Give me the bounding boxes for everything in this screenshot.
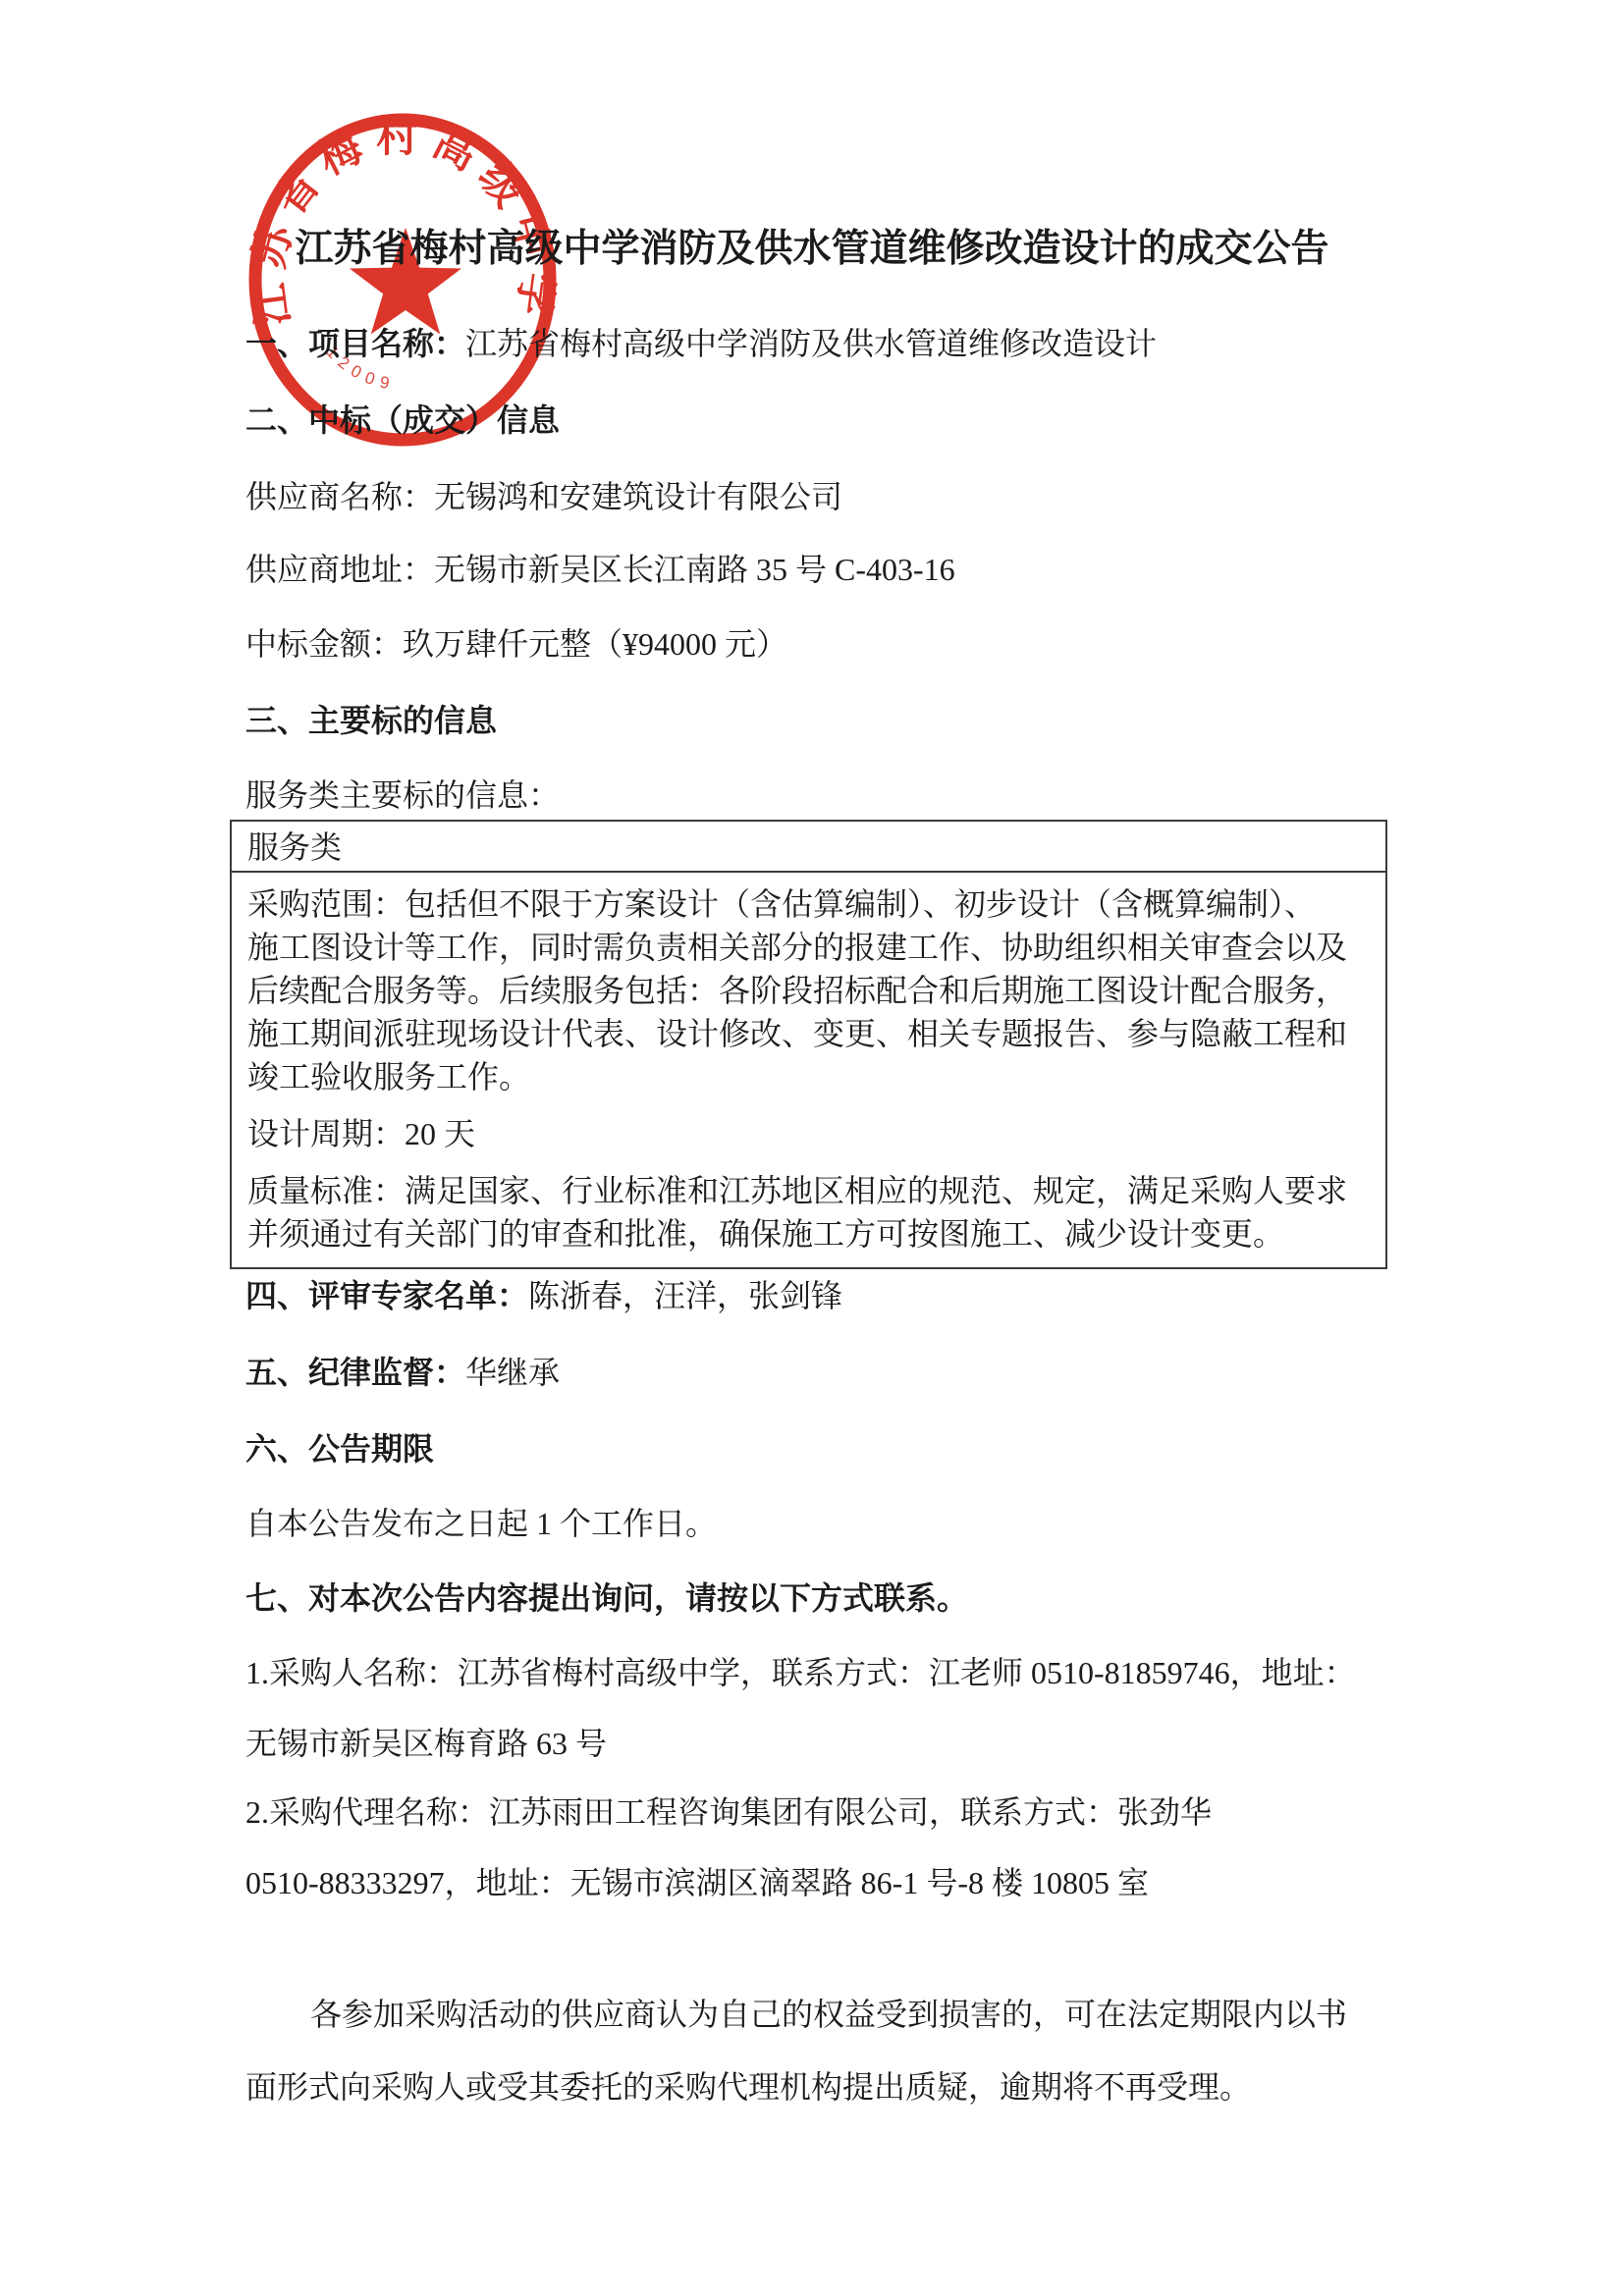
- line-agency-1: 2.采购代理名称：江苏雨田工程咨询集团有限公司，联系方式：张劲华: [245, 1792, 1212, 1832]
- experts-label: 四、评审专家名单：: [245, 1278, 528, 1313]
- subject-table: 服务类 采购范围：包括但不限于方案设计（含估算编制）、初步设计（含概算编制）、 …: [230, 820, 1387, 1269]
- scope-line: 采购范围：包括但不限于方案设计（含估算编制）、初步设计（含概算编制）、: [247, 882, 1370, 926]
- table-body-cell: 采购范围：包括但不限于方案设计（含估算编制）、初步设计（含概算编制）、 施工图设…: [232, 873, 1385, 1267]
- discipline-value: 华继承: [465, 1355, 560, 1390]
- quality-line: 质量标准：满足国家、行业标准和江苏地区相应的规范、规定，满足采购人要求: [247, 1169, 1370, 1212]
- line-award-amount: 中标金额：玖万肆仟元整（¥94000 元）: [245, 624, 787, 664]
- line-notice-2: 面形式向采购人或受其委托的采购代理机构提出质疑，逾期将不再受理。: [245, 2067, 1251, 2107]
- heading-announcement-period: 六、公告期限: [245, 1429, 434, 1468]
- scope-line: 施工期间派驻现场设计代表、设计修改、变更、相关专题报告、参与隐蔽工程和: [247, 1012, 1370, 1055]
- line-supplier-name: 供应商名称：无锡鸿和安建筑设计有限公司: [245, 477, 842, 516]
- page-title: 江苏省梅村高级中学消防及供水管道维修改造设计的成交公告: [0, 218, 1624, 273]
- line-announcement-period: 自本公告发布之日起 1 个工作日。: [245, 1504, 717, 1543]
- quality-line: 并须通过有关部门的审查和批准，确保施工方可按图施工、减少设计变更。: [247, 1212, 1370, 1255]
- project-name-label: 一、项目名称：: [245, 326, 465, 361]
- heading-award-info: 二、中标（成交）信息: [245, 400, 560, 440]
- design-period-line: 设计周期：20 天: [247, 1112, 1370, 1155]
- experts-value: 陈浙春，汪洋，张剑锋: [528, 1278, 842, 1313]
- line-supplier-address: 供应商地址：无锡市新吴区长江南路 35 号 C-403-16: [245, 550, 955, 589]
- discipline-label: 五、纪律监督：: [245, 1355, 465, 1390]
- table-header-service-type: 服务类: [232, 822, 1385, 873]
- line-project-name: 一、项目名称：江苏省梅村高级中学消防及供水管道维修改造设计: [245, 324, 1157, 363]
- document-page: 江苏省梅村高级中学 12009 江苏省梅村高级中学消防及供水管道维修改造设计的成…: [0, 0, 1624, 2296]
- line-purchaser-1: 1.采购人名称：江苏省梅村高级中学，联系方式：江老师 0510-81859746…: [245, 1653, 1356, 1692]
- scope-paragraph: 采购范围：包括但不限于方案设计（含估算编制）、初步设计（含概算编制）、 施工图设…: [247, 882, 1370, 1098]
- scope-line: 竣工验收服务工作。: [247, 1055, 1370, 1098]
- line-experts: 四、评审专家名单：陈浙春，汪洋，张剑锋: [245, 1276, 842, 1315]
- scope-line: 施工图设计等工作，同时需负责相关部分的报建工作、协助组织相关审查会以及: [247, 926, 1370, 969]
- line-agency-2: 0510-88333297，地址：无锡市滨湖区滴翠路 86-1 号-8 楼 10…: [245, 1863, 1149, 1902]
- line-purchaser-2: 无锡市新吴区梅育路 63 号: [245, 1724, 607, 1763]
- heading-subject-info: 三、主要标的信息: [245, 701, 497, 740]
- heading-contact: 七、对本次公告内容提出询问，请按以下方式联系。: [245, 1578, 968, 1618]
- quality-paragraph: 质量标准：满足国家、行业标准和江苏地区相应的规范、规定，满足采购人要求 并须通过…: [247, 1169, 1370, 1255]
- line-subject-intro: 服务类主要标的信息：: [245, 775, 560, 815]
- line-discipline: 五、纪律监督：华继承: [245, 1353, 560, 1392]
- project-name-value: 江苏省梅村高级中学消防及供水管道维修改造设计: [465, 326, 1157, 361]
- scope-line: 后续配合服务等。后续服务包括：各阶段招标配合和后期施工图设计配合服务，: [247, 969, 1370, 1012]
- line-notice-1: 各参加采购活动的供应商认为自己的权益受到损害的，可在法定期限内以书: [245, 1995, 1347, 2034]
